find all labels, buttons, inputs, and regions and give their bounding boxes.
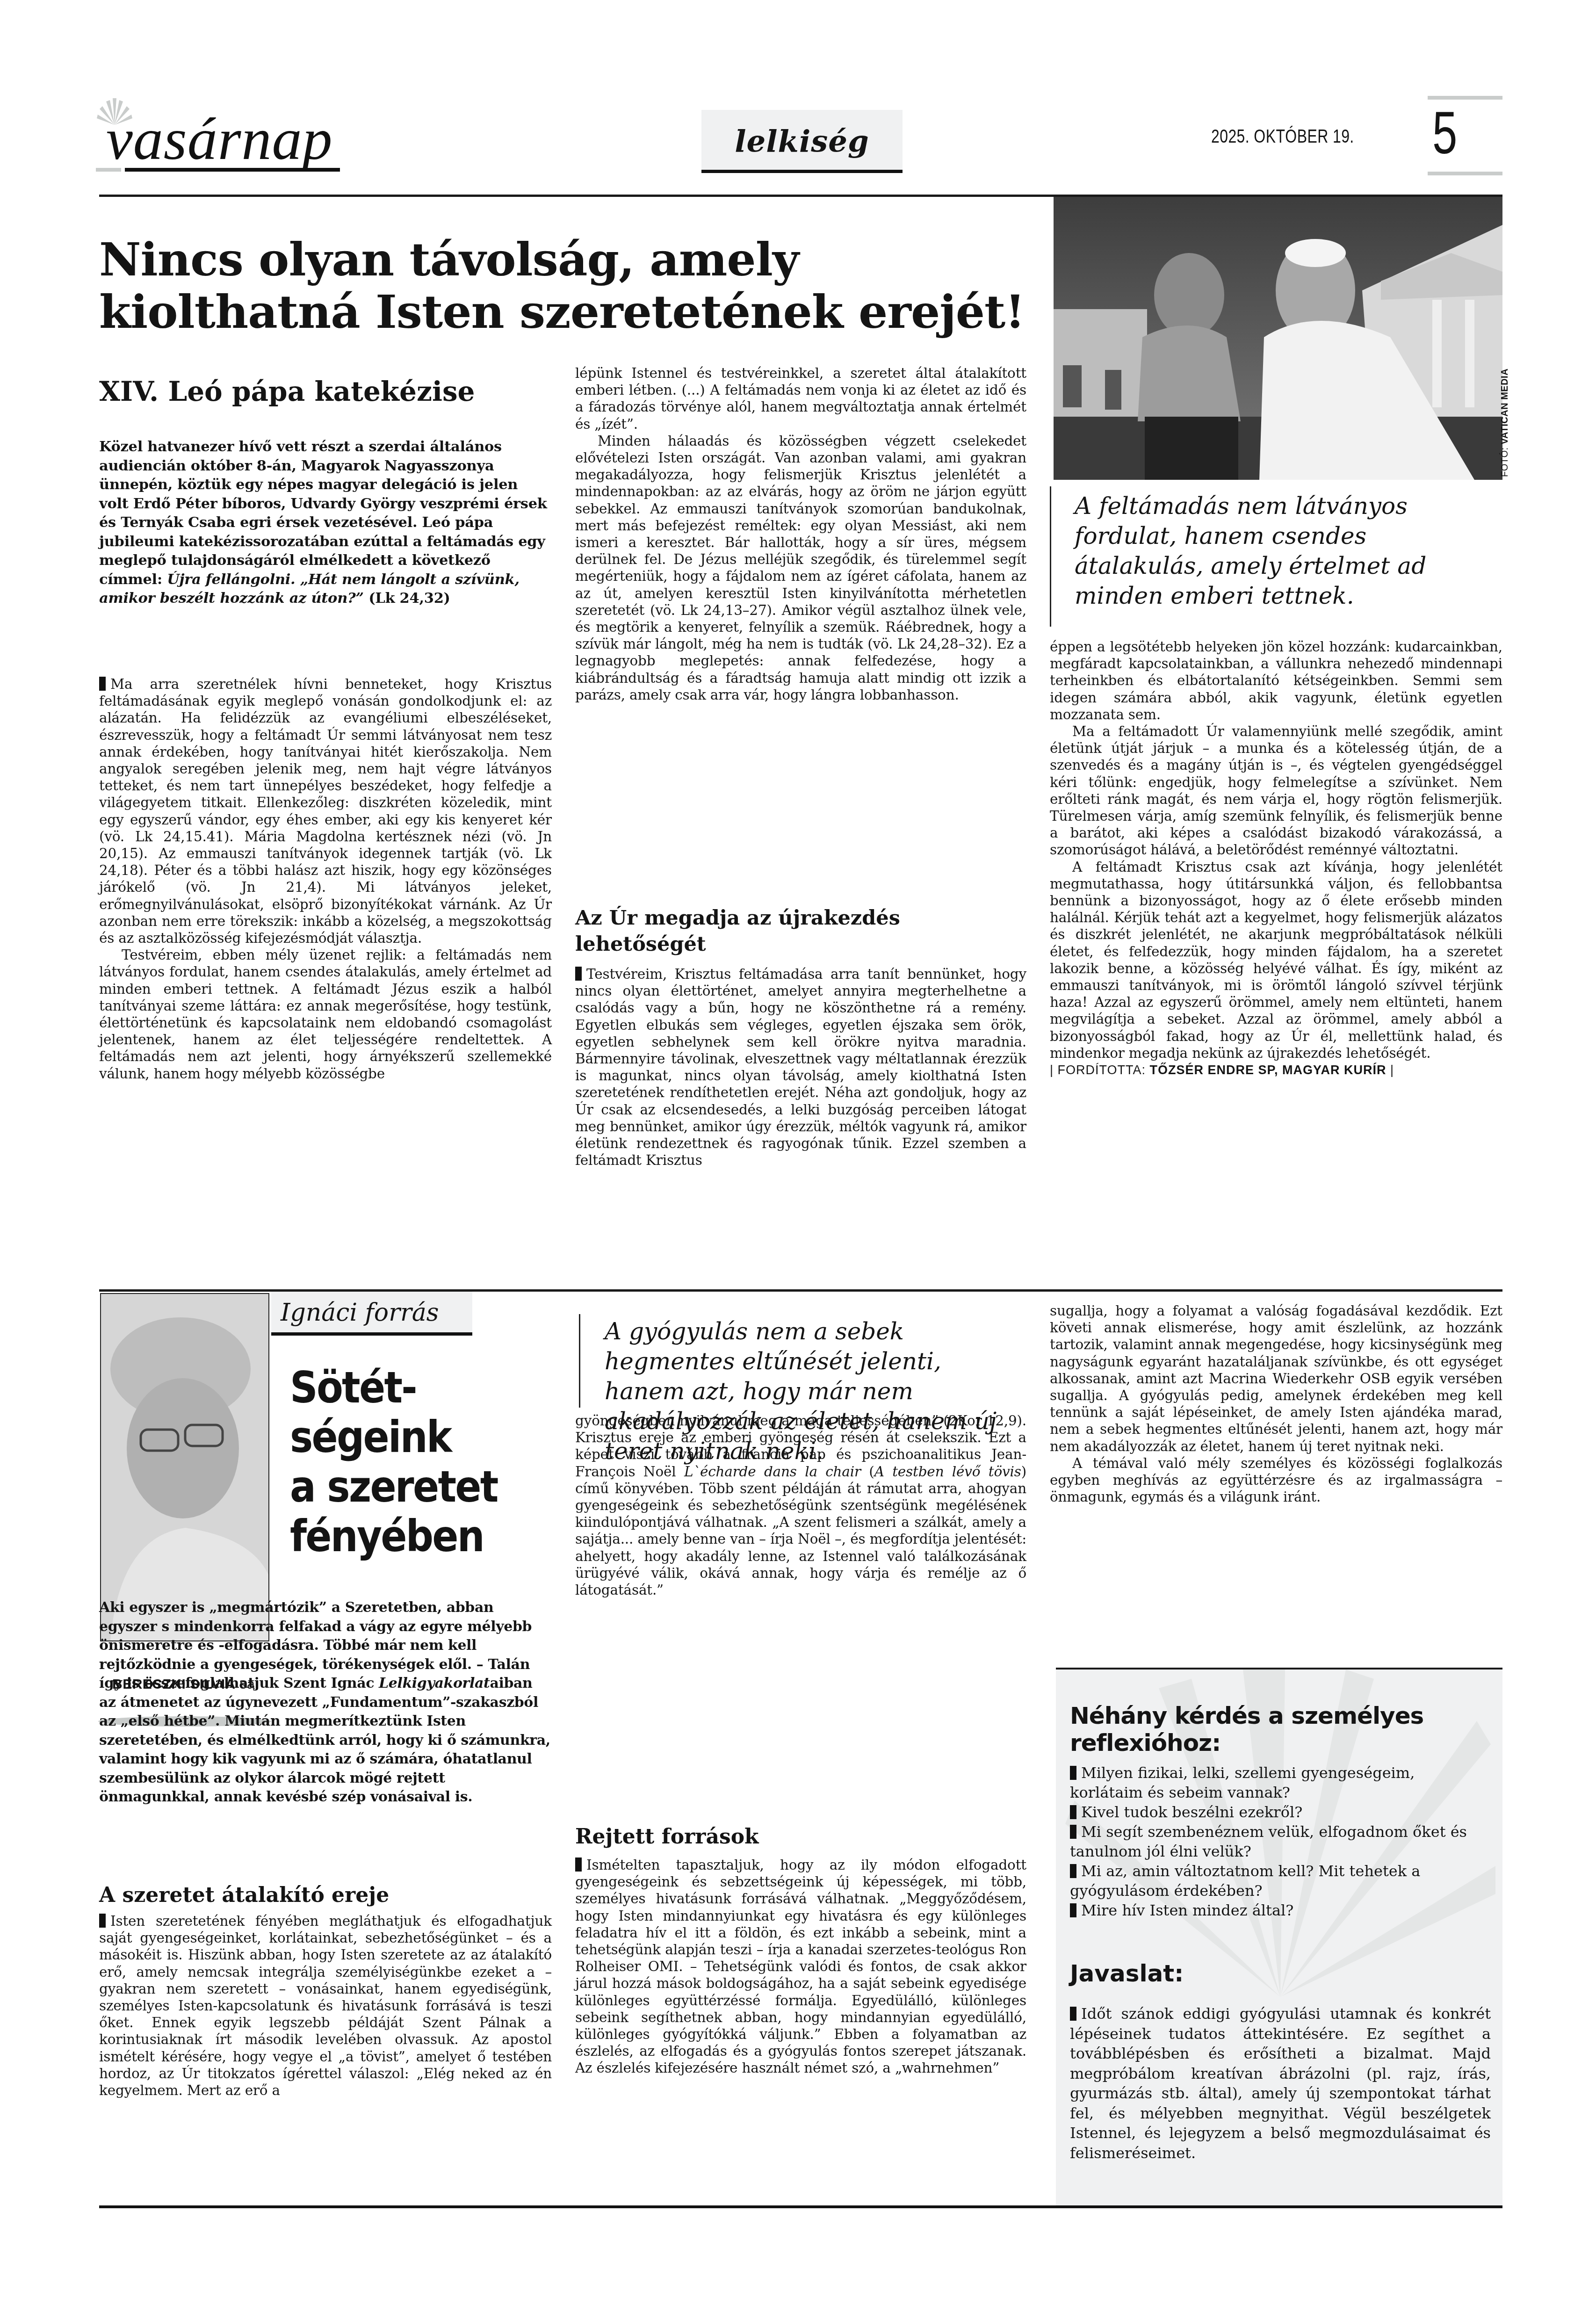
paragraph: Ma a feltámadott Úr valamennyiünk mellé …	[1050, 723, 1502, 859]
question-item: Milyen fizikai, lelki, szellemi gyengesé…	[1070, 1763, 1491, 1802]
reflection-title: Néhány kérdés a személyes reflexióhoz:	[1070, 1702, 1491, 1756]
question-item: Kivel tudok beszélni ezekről?	[1070, 1802, 1491, 1822]
article-subheading: Az Úr megadja az újrakezdés lehetőségét	[575, 905, 1026, 957]
article-headline: Nincs olyan távolság, amely kiolthatná I…	[99, 234, 1034, 339]
question-item: Mi az, amin változtatnom kell? Mit tehet…	[1070, 1861, 1491, 1901]
paragraph-marker-icon	[575, 967, 582, 981]
column-headline: Sötét- ségeink a szeretet fényében	[290, 1363, 534, 1561]
column-body-3: sugallja, hogy a folyamat a valóság foga…	[1050, 1302, 1502, 1505]
paragraph: sugallja, hogy a folyamat a valóság foga…	[1050, 1302, 1502, 1455]
page-number-bar-top	[1428, 96, 1502, 100]
bullet-icon	[1070, 1825, 1076, 1839]
paragraph: éppen a legsötétebb helyeken jön közel h…	[1050, 638, 1502, 723]
logo-underline-grey	[96, 168, 121, 172]
article-column-3: éppen a legsötétebb helyeken jön közel h…	[1050, 638, 1502, 1078]
logo-underline	[125, 168, 340, 172]
page-number-block: 5	[1428, 96, 1502, 175]
column-subheading-1: A szeretet átalakító ereje	[99, 1882, 552, 1908]
article-subhead: XIV. Leó pápa katekézise	[99, 375, 548, 408]
photo-credit: FOTÓ: VATICAN MEDIA	[1500, 369, 1510, 477]
paragraph: A témával való mély személyes és közössé…	[1050, 1455, 1502, 1506]
question-item: Mi segít szembenéznem velük, elfogadnom …	[1070, 1822, 1491, 1861]
paragraph-marker-icon	[99, 677, 106, 691]
suggestion-text: Időt szánok eddigi gyógyulási utamnak és…	[1070, 2004, 1491, 2163]
paragraph: Ma arra szeretnélek hívni benneteket, ho…	[99, 676, 552, 947]
logo-text: vasárnap	[106, 109, 332, 169]
paragraph-marker-icon	[575, 1857, 582, 1872]
bullet-icon	[1070, 1805, 1076, 1819]
reflection-box: Néhány kérdés a személyes reflexióhoz: M…	[1056, 1668, 1502, 2205]
article-column-1: Ma arra szeretnélek hívni benneteket, ho…	[99, 676, 552, 1082]
column-lead: Aki egyszer is „megmártózik” a Szeretetb…	[99, 1598, 552, 1807]
column-subheading-2: Rejtett források	[575, 1824, 1026, 1850]
bullet-icon	[1070, 2007, 1076, 2021]
page-number: 5	[1432, 103, 1457, 163]
pull-quote: A feltámadás nem látványos fordulat, han…	[1050, 486, 1502, 627]
paragraph: Testvéreim, Krisztus feltámadása arra ta…	[575, 966, 1026, 1169]
page-number-bar-bottom	[1428, 172, 1502, 175]
pope-photo	[1054, 197, 1502, 480]
article-column-2: lépünk Istennel és testvéreinkkel, a sze…	[575, 365, 1026, 703]
paragraph: A feltámadt Krisztus csak azt kívánja, h…	[1050, 859, 1502, 1062]
reflection-questions: Milyen fizikai, lelki, szellemi gyengesé…	[1070, 1763, 1491, 1920]
bullet-icon	[1070, 1903, 1076, 1917]
translator-credit: | FORDÍTOTTA: TŐZSÉR ENDRE SP, MAGYAR KU…	[1050, 1062, 1502, 1078]
column-body-2b: Ismételten tapasztaljuk, hogy az ily mód…	[575, 1857, 1026, 2077]
author-photo	[100, 1293, 269, 1641]
paragraph: gyöngeségben nyilvánul meg a maga teljes…	[575, 1412, 1026, 1598]
paragraph: lépünk Istennel és testvéreinkkel, a sze…	[575, 365, 1026, 433]
paragraph-marker-icon	[99, 1914, 106, 1928]
photo-illustration	[1054, 197, 1502, 480]
bullet-icon	[1070, 1864, 1076, 1878]
article-column-2b: Testvéreim, Krisztus feltámadása arra ta…	[575, 966, 1026, 1169]
lead-ref: (Lk 24,32)	[364, 590, 450, 607]
footer-rule	[99, 2205, 1502, 2208]
column-tag-label: Ignáci forrás	[271, 1292, 472, 1334]
issue-date: 2025. OKTÓBER 19.	[1211, 126, 1361, 147]
paragraph: Ismételten tapasztaljuk, hogy az ily mód…	[575, 1857, 1026, 2077]
column-tag: Ignáci forrás	[271, 1292, 472, 1336]
question-item: Mire hív Isten mindez által?	[1070, 1901, 1491, 1920]
article-lead: Közel hatvanezer hívő vett részt a szerd…	[99, 437, 548, 608]
bullet-icon	[1070, 1766, 1076, 1780]
masthead-logo[interactable]: vasárnap	[96, 101, 348, 171]
section-tag: lelkiség	[701, 110, 903, 173]
paragraph: Minden hálaadás és közösségben végzett c…	[575, 433, 1026, 703]
paragraph: Isten szeretetének fényében megláthatjuk…	[99, 1913, 552, 2099]
column-body-1: Isten szeretetének fényében megláthatjuk…	[99, 1913, 552, 2099]
column-body-2: gyöngeségben nyilvánul meg a maga teljes…	[575, 1412, 1026, 1598]
paragraph: Testvéreim, ebben mély üzenet rejlik: a …	[99, 947, 552, 1082]
lead-text: Közel hatvanezer hívő vett részt a szerd…	[99, 438, 547, 588]
section-label: lelkiség	[701, 110, 903, 173]
suggestion-title: Javaslat:	[1070, 1959, 1184, 1988]
column-pull-quote: A gyógyulás nem a sebek hegmentes eltűné…	[579, 1314, 1028, 1408]
author-portrait	[101, 1294, 268, 1641]
